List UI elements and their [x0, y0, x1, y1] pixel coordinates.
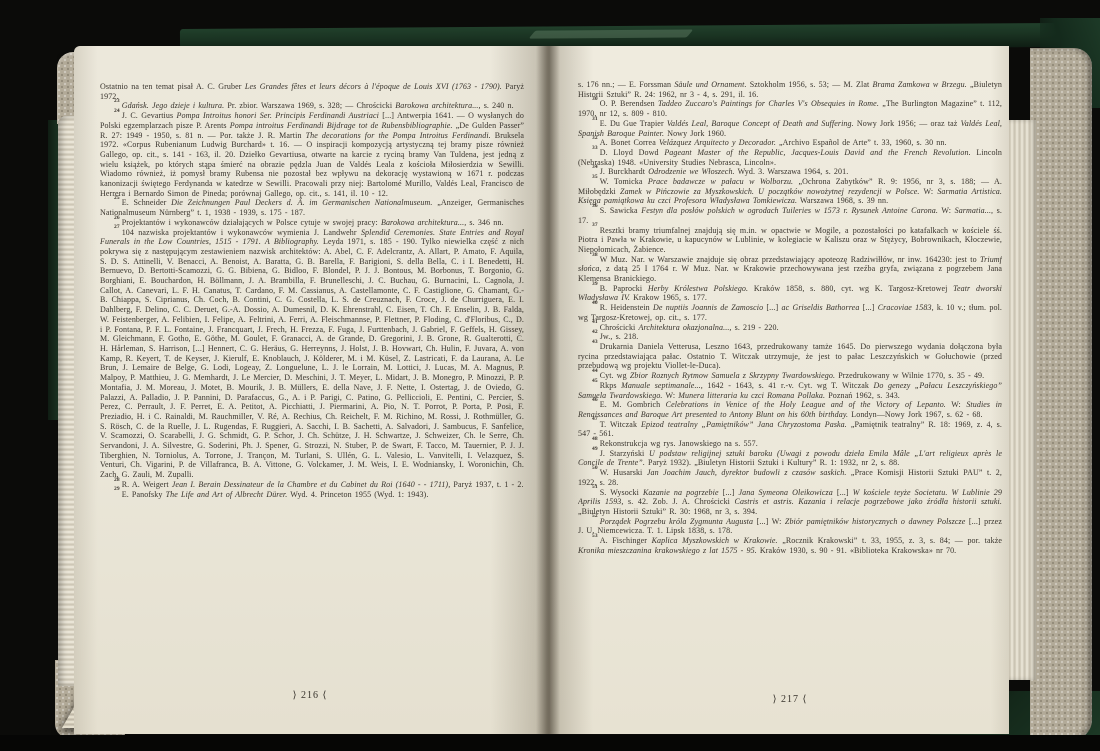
footnote-number: 26: [114, 215, 120, 221]
footnote-number: 37: [592, 222, 598, 228]
footnote-paragraph: 49J. Starzyński U podstaw religijnej szt…: [578, 449, 1002, 468]
footnote-paragraph: 37Resztki bramy triumfalnej znajdują się…: [578, 226, 1002, 255]
footnote-number: 46: [592, 397, 598, 403]
footnote-paragraph: 23Gdańsk. Jego dzieje i kultura. Pr. zbi…: [100, 101, 524, 111]
footnote-number: 34: [592, 164, 598, 170]
page-stack-fore-edge-right: [1006, 120, 1036, 680]
footnote-number: 42: [592, 329, 598, 335]
footnote-number: 27: [114, 224, 120, 230]
footnote-paragraph: 30O. P. Berendsen Taddeo Zuccaro's Paint…: [578, 99, 1002, 118]
footnote-number: 48: [592, 436, 598, 442]
footnote-paragraph: 48Rekonstrukcja wg rys. Janowskiego na s…: [578, 439, 1002, 449]
footnote-number: 29: [114, 486, 120, 492]
footnote-number: 47: [592, 416, 598, 422]
footnote-paragraph: 52Porządek Pogrzebu króla Zygmunta Augus…: [578, 517, 1002, 536]
footnote-paragraph: 40R. Heidenstein De nuptiis Joannis de Z…: [578, 303, 1002, 322]
book-gutter-shadow: [536, 46, 560, 734]
footnote-number: 41: [592, 319, 598, 325]
footnote-paragraph: 47T. Witczak Epizod teatralny „Pamiętnik…: [578, 420, 1002, 439]
footnote-number: 40: [592, 300, 598, 306]
left-page-text: Ostatnio na ten temat pisał A. C. Gruber…: [100, 82, 524, 674]
footnote-number: 43: [592, 339, 598, 345]
footnote-paragraph: 38W Muz. Nar. w Warszawie znajduje się o…: [578, 255, 1002, 284]
footnote-paragraph: 46E. M. Gombrich Celebrations in Venice …: [578, 400, 1002, 419]
footnote-number: 25: [114, 195, 120, 201]
footnote-paragraph: 39B. Paprocki Herby Królestwa Polskiego.…: [578, 284, 1002, 303]
linen-cover-right-edge: [1030, 48, 1092, 740]
footnote-paragraph: 28R. A. Weigert Jean I. Berain Dessinate…: [100, 480, 524, 490]
footnote-number: 33: [592, 145, 598, 151]
footnote-paragraph: 53A. Fischinger Kaplica Myszkowskich w K…: [578, 536, 1002, 555]
footnote-number: 23: [114, 98, 120, 104]
footnote-number: 32: [592, 135, 598, 141]
footnote-paragraph: 50W. Husarski Jan Joachim Jauch, dyrekto…: [578, 468, 1002, 487]
footnote-number: 31: [592, 116, 598, 122]
footnote-number: 24: [114, 108, 120, 114]
footnote-number: 49: [592, 446, 598, 452]
footnote-paragraph: 45Rkps Manuale septimanale..., 1642 - 16…: [578, 381, 1002, 400]
footnote-paragraph: 25E. Schneider Die Zeichnungen Paul Deck…: [100, 198, 524, 217]
footnote-number: 45: [592, 378, 598, 384]
footnote-paragraph: 44Cyt. wg Zbior Roznych Rytmow Samuela z…: [578, 371, 1002, 381]
footnote-paragraph: 26Projektantów i wykonawców działających…: [100, 218, 524, 228]
footnote-number: 28: [114, 477, 120, 483]
continuation-paragraph: s. 176 nn.; — E. Forssman Säule und Orna…: [578, 80, 1002, 99]
right-page-text: s. 176 nn.; — E. Forssman Säule und Orna…: [578, 80, 1002, 686]
footnote-number: 39: [592, 281, 598, 287]
right-page-number: ⟩ 217 ⟨: [730, 694, 850, 705]
footnote-paragraph: 27104 nazwiska projektantów i wykonawców…: [100, 228, 524, 480]
footnote-paragraph: 51S. Wysocki Kazanie na pogrzebie [...] …: [578, 488, 1002, 517]
footnote-number: 38: [592, 252, 598, 258]
footnote-paragraph: 43Drukarnia Daniela Vetterusa, Leszno 16…: [578, 342, 1002, 371]
footnote-number: 52: [592, 513, 598, 519]
footnote-number: 50: [592, 465, 598, 471]
background-bottom-band: [0, 735, 1100, 751]
footnote-paragraph: 32A. Bonet Correa Velázquez Arquitecto y…: [578, 138, 1002, 148]
continuation-paragraph: Ostatnio na ten temat pisał A. C. Gruber…: [100, 82, 524, 101]
footnote-number: 51: [592, 484, 598, 490]
left-page-number: ⟩ 216 ⟨: [250, 690, 370, 701]
footnote-paragraph: 35W. Tomicka Prace badawcze w pałacu w W…: [578, 177, 1002, 206]
footnote-paragraph: 42Jw., s. 218.: [578, 332, 1002, 342]
footnote-paragraph: 41Chrościcki Architektura okazjonalna...…: [578, 323, 1002, 333]
footnote-paragraph: 29E. Panofsky The Life and Art of Albrec…: [100, 490, 524, 500]
footnote-paragraph: 31E. Du Gue Trapier Valdés Leal, Baroque…: [578, 119, 1002, 138]
footnote-paragraph: 34J. Burckhardt Odrodzenie we Włoszech. …: [578, 167, 1002, 177]
footnote-number: 53: [592, 533, 598, 539]
footnote-number: 35: [592, 174, 598, 180]
footnote-paragraph: 24J. C. Gevartius Pompa Introitus honori…: [100, 111, 524, 198]
footnote-paragraph: 36S. Sawicka Festyn dla posłów polskich …: [578, 206, 1002, 225]
footnote-number: 36: [592, 203, 598, 209]
footnote-paragraph: 33D. Lloyd Dowd Pageant Master of the Re…: [578, 148, 1002, 167]
footnote-number: 44: [592, 368, 598, 374]
footnote-number: 30: [592, 96, 598, 102]
